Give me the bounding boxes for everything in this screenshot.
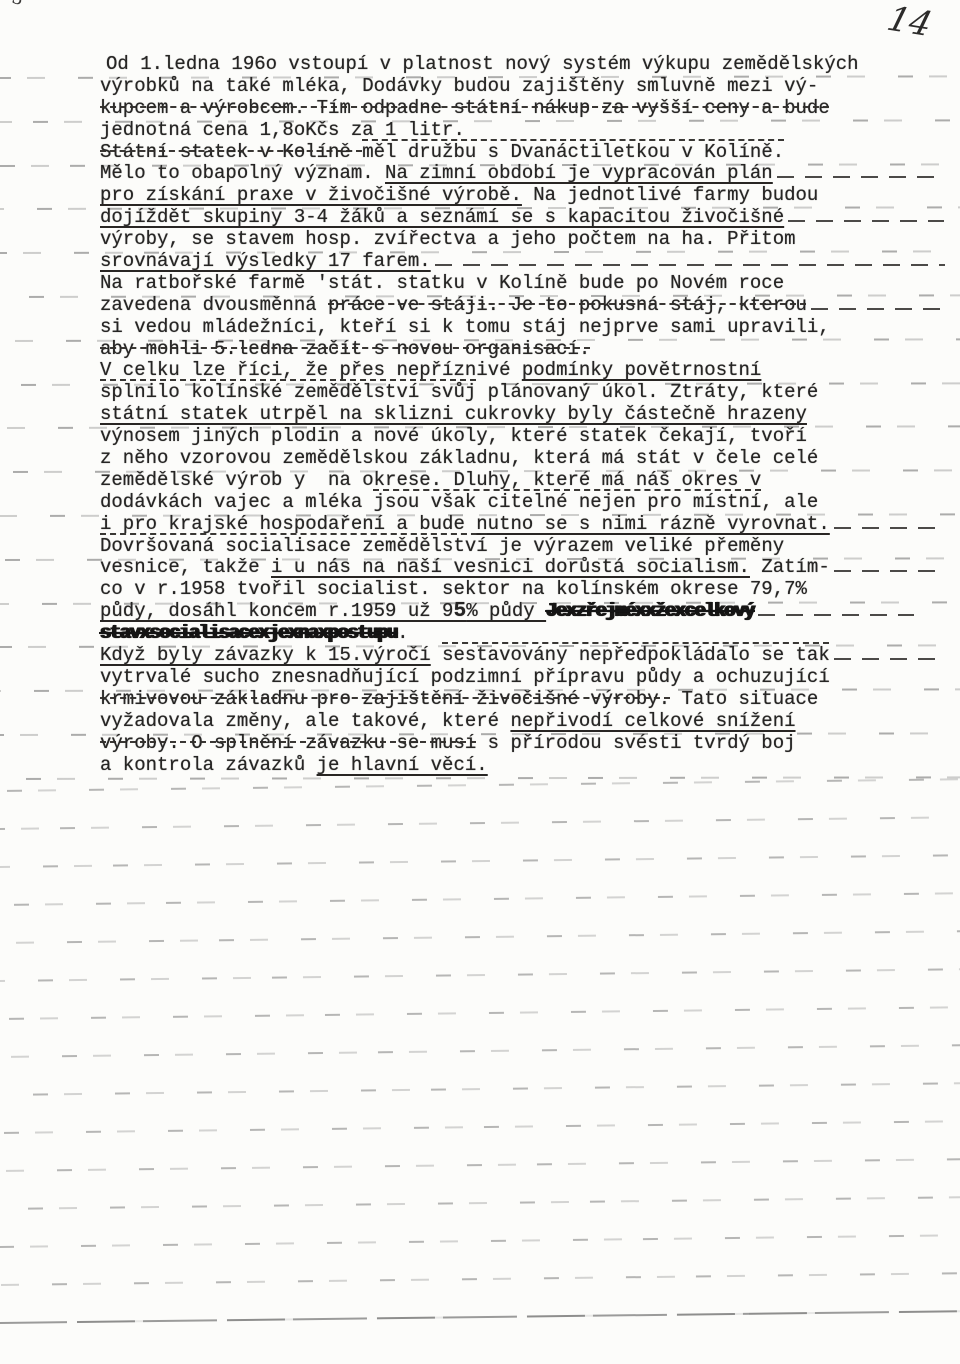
ruling-line <box>0 816 960 830</box>
typed-text: . <box>397 622 408 644</box>
text-line: srovnávají výsledky 17 farem. <box>100 251 945 273</box>
typed-text: , ale <box>761 491 818 513</box>
typed-text: je hlavní věcí. <box>317 754 488 776</box>
typed-text: jednotná cena 1,8oKčs za 1 litr. <box>100 119 465 141</box>
ruled-dash-tail <box>834 527 944 529</box>
typed-text: zemědělské výrob y na okrese. Dluhy, kte… <box>100 469 761 491</box>
ruling-line <box>0 1158 960 1172</box>
typed-text: práce ve stáji. Je to pokusná stáj, kter… <box>328 294 807 316</box>
ruled-dash-tail <box>834 570 944 572</box>
typed-text: V celku lze říci, že přes nepříznivé <box>100 359 522 381</box>
text-line: z něho vzorovou zemědělskou základnu, kt… <box>100 448 945 470</box>
typed-text: a kontrola závazků <box>100 754 317 776</box>
ruling-line <box>0 1120 960 1134</box>
typed-text: co v r.1958 tvořil socialist. sektor na … <box>100 578 807 600</box>
text-line: kupcem a výrobcem. Tím odpadne státní ná… <box>100 98 945 120</box>
typed-text: nutno se s nimi rázně vyrovnat. <box>476 513 829 535</box>
text-line: pro získání praxe v živočišné výrobě. Na… <box>100 185 945 207</box>
ruled-dash-tail <box>788 220 944 222</box>
text-line: Na ratbořské farmě 'stát. statku v Kolín… <box>100 273 945 295</box>
text-line: si vedou mládežníci, kteří si k tomu stá… <box>100 317 945 339</box>
text-line: Státní statek v Kolíně měl družbu s Dvan… <box>100 142 945 164</box>
typed-text: Na ratbořské farmě 'stát. statku v Kolín… <box>100 272 784 294</box>
ruled-dash-tail <box>758 614 914 616</box>
text-line: výrobků na také mléka, Dodávky budou zaj… <box>100 76 945 98</box>
corner-ink-mark: 3 <box>10 0 25 10</box>
typed-text: měl družbu s Dvanáctiletkou v Kolíně. <box>362 141 784 163</box>
ruled-dash-tail <box>777 176 944 178</box>
typed-text: Mělo to obapolný význam. <box>100 162 385 184</box>
typed-text: výroby, se stavem hosp. zvířectva a jeho… <box>100 228 796 250</box>
typed-text: je výrazem veliké přeměny <box>488 535 784 557</box>
typed-text: s přírodou svésti tvrdý boj <box>476 732 795 754</box>
typed-text: Od 1.ledna 196o vstoupí v platnost nový … <box>106 53 859 75</box>
typed-text: vyžadovala změny, ale takové, které <box>100 710 510 732</box>
typed-text: Tato situace <box>670 688 818 710</box>
typed-text: vytrvalé sucho znesnadňující podzimní př… <box>100 666 830 688</box>
typed-text: Státní statek v Kolíně <box>100 141 362 163</box>
typed-text: Zatím- <box>750 556 830 578</box>
typed-text: plánovaný úkol. Ztráty, které <box>476 381 818 403</box>
text-line: aby mohli 5.ledna začít s novou organisa… <box>100 339 945 361</box>
text-line: zavedena dvousměnná práce ve stáji. Je t… <box>100 295 945 317</box>
text-line: jednotná cena 1,8oKčs za 1 litr. <box>100 120 945 142</box>
typed-text: aby mohli 5.ledna začít s novou organisa… <box>100 338 590 360</box>
typed-text: dojíždět skupiny 3-4 žáků a seznámí se s… <box>100 206 784 228</box>
text-line: dojíždět skupiny 3-4 žáků a seznámí se s… <box>100 207 945 229</box>
text-line: splnilo kolínské zemědělství svůj plánov… <box>100 382 945 404</box>
ruling-line <box>0 1044 960 1058</box>
typed-text: krmivovou základnu pro zajištění živočiš… <box>100 688 670 710</box>
ruling-line <box>0 1082 960 1096</box>
typed-text: podmínky povětrnostní <box>522 359 761 381</box>
text-line: a kontrola závazků je hlavní věcí. <box>100 755 945 777</box>
text-line: výroby, se stavem hosp. zvířectva a jeho… <box>100 229 945 251</box>
typed-text: půdy, dosáhl koncem r.1959 už 9 <box>100 600 453 622</box>
ruling-line <box>0 930 960 944</box>
typed-text: dodávkách vajec a mléka <box>100 491 374 513</box>
typed-text: z něho vzorovou zemědělskou základnu, kt… <box>100 447 818 469</box>
typed-text: Na zimní období je vypracován plán <box>385 162 773 184</box>
typed-text: zavedena dvousměnná <box>100 294 328 316</box>
typed-text: pro získání praxe v živočišné výrobě. <box>100 184 522 206</box>
typewritten-text: Od 1.ledna 196o vstoupí v platnost nový … <box>100 54 945 776</box>
typed-text: nepřivodí celkové snížení <box>510 710 795 732</box>
typed-text: jsou však citelné nejen pro místní <box>374 491 762 513</box>
text-line: Mělo to obapolný význam. Na zimní období… <box>100 163 945 185</box>
typed-text: výnosem jiných plodin a nové úkoly, kter… <box>100 425 807 447</box>
text-line: Když byly závazky k 15.výročí sestavován… <box>100 645 945 667</box>
typed-text: Dovršovaná socialisace zemědělství <box>100 535 488 557</box>
typed-text: si vedou mládežníci, kteří si k tomu stá… <box>100 316 830 338</box>
typed-text: státní statek utrpěl na sklizni cukrovky… <box>100 403 807 425</box>
typed-text: vesnice, takže <box>100 556 271 578</box>
ruled-dash-tail <box>811 308 944 310</box>
typed-text: Když byly závazky k 15.výročí <box>100 644 431 666</box>
text-line: Od 1.ledna 196o vstoupí v platnost nový … <box>100 54 945 76</box>
text-line: vyžadovala změny, ale takové, které nepř… <box>100 711 945 733</box>
typed-text: Na jednotlivé farmy budou <box>522 184 818 206</box>
text-line: vesnice, takže i u nás na naší vesnici d… <box>100 557 945 579</box>
text-line: výroby. O splnění závazku se musí s přír… <box>100 733 945 755</box>
overstruck-text: stavxsocialisacexjexnaxpostupu <box>100 622 397 644</box>
ruling-line <box>0 1234 960 1248</box>
ruled-dash-tail <box>435 264 945 266</box>
ruling-line <box>0 1196 960 1210</box>
typed-text <box>431 644 442 666</box>
ruling-line <box>0 1006 960 1020</box>
typed-text: výroby. O splnění závazku se musí <box>100 732 476 754</box>
typed-text: i u nás na naší vesnici dorůstá socialis… <box>271 556 750 578</box>
typed-text: i pro krajské hospodaření a bude <box>100 513 476 535</box>
ruling-line <box>0 1272 960 1286</box>
typed-text: kupcem a výrobcem. Tím odpadne státní ná… <box>100 97 830 119</box>
text-line: i pro krajské hospodaření a bude nutno s… <box>100 514 945 536</box>
text-line: vytrvalé sucho znesnadňující podzimní př… <box>100 667 945 689</box>
text-line: zemědělské výrob y na okrese. Dluhy, kte… <box>100 470 945 492</box>
typed-text: 5 <box>453 599 466 623</box>
text-line: stavxsocialisacexjexnaxpostupu. <box>100 623 945 645</box>
ruling-line <box>0 854 960 868</box>
text-line: krmivovou základnu pro zajištění živočiš… <box>100 689 945 711</box>
text-line: dodávkách vajec a mléka jsou však citeln… <box>100 492 945 514</box>
scanned-document-page: 3 14 Od 1.ledna 196o vstoupí v platnost … <box>0 0 960 1364</box>
ruling-line <box>0 778 960 792</box>
typed-text: splnilo kolínské zemědělství svůj <box>100 381 476 403</box>
text-line: co v r.1958 tvořil socialist. sektor na … <box>100 579 945 601</box>
text-line: výnosem jiných plodin a nové úkoly, kter… <box>100 426 945 448</box>
typed-text: % půdy <box>466 600 546 622</box>
text-line: Dovršovaná socialisace zemědělství je vý… <box>100 536 945 558</box>
typed-text: výrobků na také mléka, Dodávky budou zaj… <box>100 75 818 97</box>
ruling-line <box>0 892 960 906</box>
ruling-line <box>0 1310 960 1324</box>
ruled-dash-tail <box>834 658 944 660</box>
text-line: půdy, dosáhl koncem r.1959 už 95% půdy J… <box>100 601 945 623</box>
text-line: státní statek utrpěl na sklizni cukrovky… <box>100 404 945 426</box>
text-line: V celku lze říci, že přes nepříznivé pod… <box>100 360 945 382</box>
ruling-line <box>0 968 960 982</box>
overstruck-text: Jexzřejméxxžexcelkový <box>546 600 754 622</box>
typed-text: sestavovány nepředpokládalo se tak <box>442 644 830 666</box>
handwritten-page-number: 14 <box>883 0 936 45</box>
typed-text: srovnávají výsledky 17 farem. <box>100 250 431 272</box>
